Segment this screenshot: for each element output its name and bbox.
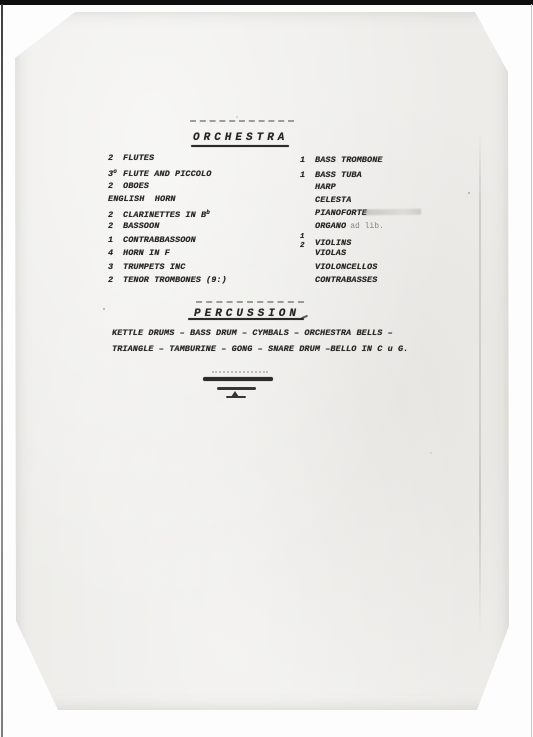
instrument-row: 3TRUMPETS INC xyxy=(108,262,185,272)
instrument-label: TENOR TROMBONES xyxy=(123,275,201,285)
instrument-label: BASS TUBA xyxy=(315,170,362,180)
instrument-count: 3 xyxy=(108,262,123,272)
erased-text-smudge xyxy=(363,209,421,216)
instrument-label: CONTRABASSES xyxy=(315,275,377,285)
instrument-count: 4 xyxy=(108,248,123,258)
instrument-label: BASSOON xyxy=(123,221,159,231)
instrument-label: FLUTE AND PICCOLO xyxy=(123,169,211,179)
instrument-row: 1CONTRABBASSOON xyxy=(108,235,196,245)
percussion-line-1: KETTLE DRUMS – BASS DRUM – CYMBALS – ORC… xyxy=(112,328,393,338)
instrument-label: ORGANO xyxy=(315,221,346,231)
instrument-row: 2CLARINETTES IN Bb xyxy=(108,208,210,220)
instrument-row: 1BASS TROMBONE xyxy=(300,155,383,165)
instrument-count: 2 xyxy=(108,221,123,231)
instrument-row: HARP xyxy=(300,182,336,192)
instrument-count: 1 xyxy=(300,155,315,165)
instrument-label: OBOES xyxy=(123,181,149,191)
instrument-label: HORN IN F xyxy=(123,248,170,258)
instrument-label: VIOLONCELLOS xyxy=(315,262,377,272)
ordinal-superscript: o xyxy=(113,168,117,175)
instrument-row: CELESTA xyxy=(300,195,351,205)
instrument-count: 3o xyxy=(108,167,123,179)
instrument-count: 1 xyxy=(108,235,123,245)
instrument-count: 2 xyxy=(108,181,123,191)
instrument-row: 2TENOR TROMBONES(9:) xyxy=(108,275,227,285)
bass-clef-glyph: (9:) xyxy=(206,275,227,285)
instrument-label: CELESTA xyxy=(315,195,351,205)
document-content: ORCHESTRA 2FLUTES 3oFLUTE AND PICCOLO 2O… xyxy=(0,0,533,737)
instrument-label: CONTRABBASSOON xyxy=(123,235,196,245)
divider-dotted-residue xyxy=(212,371,268,373)
orchestra-overline xyxy=(190,120,294,122)
violin-1-number: 1 xyxy=(300,233,305,241)
instrument-row: VIOLAS xyxy=(300,248,346,258)
orchestra-title: ORCHESTRA xyxy=(193,132,288,144)
instrument-label: PIANOFORTE xyxy=(315,208,367,218)
instrument-row: 4HORN IN F xyxy=(108,248,170,258)
instrument-label: FLUTES xyxy=(123,153,154,163)
instrument-row: PIANOFORTE xyxy=(300,208,367,218)
instrument-label: VIOLAS xyxy=(315,248,346,258)
instrument-label: VIOLINS xyxy=(315,238,351,248)
ad-lib-note: ad lib. xyxy=(350,222,384,231)
percussion-underline xyxy=(188,318,304,320)
divider-line-medium xyxy=(217,387,256,390)
instrument-label: TRUMPETS INC xyxy=(123,262,185,272)
percussion-line-2: TRIANGLE – TAMBURINE – GONG – SNARE DRUM… xyxy=(112,344,408,354)
instrument-count: 2 xyxy=(108,210,123,220)
percussion-overline xyxy=(196,301,304,303)
divider-line-thick xyxy=(203,377,273,381)
instrument-label: ENGLISH HORN xyxy=(108,194,176,204)
instrument-row: 1BASS TUBA xyxy=(300,170,362,180)
instrument-row: 2FLUTES xyxy=(108,153,154,163)
instrument-row: VIOLONCELLOS xyxy=(300,262,377,272)
flat-superscript: b xyxy=(206,209,210,216)
percussion-underline-hook xyxy=(301,315,308,319)
instrument-row: 2BASSOON xyxy=(108,221,159,231)
instrument-label: CLARINETTES IN B xyxy=(123,210,206,220)
instrument-label: BASS TROMBONE xyxy=(315,155,383,165)
instrument-label: HARP xyxy=(315,182,336,192)
instrument-count: 1 xyxy=(300,170,315,180)
instrument-count: 2 xyxy=(108,153,123,163)
instrument-row: 2OBOES xyxy=(108,181,149,191)
orchestra-underline xyxy=(191,145,289,147)
instrument-row: 3oFLUTE AND PICCOLO xyxy=(108,167,211,179)
divider-triangle-mark xyxy=(231,391,239,397)
instrument-row: ORGANOad lib. xyxy=(300,221,384,231)
instrument-count: 2 xyxy=(108,275,123,285)
instrument-row: ENGLISH HORN xyxy=(108,194,176,204)
instrument-row: CONTRABASSES xyxy=(300,275,377,285)
